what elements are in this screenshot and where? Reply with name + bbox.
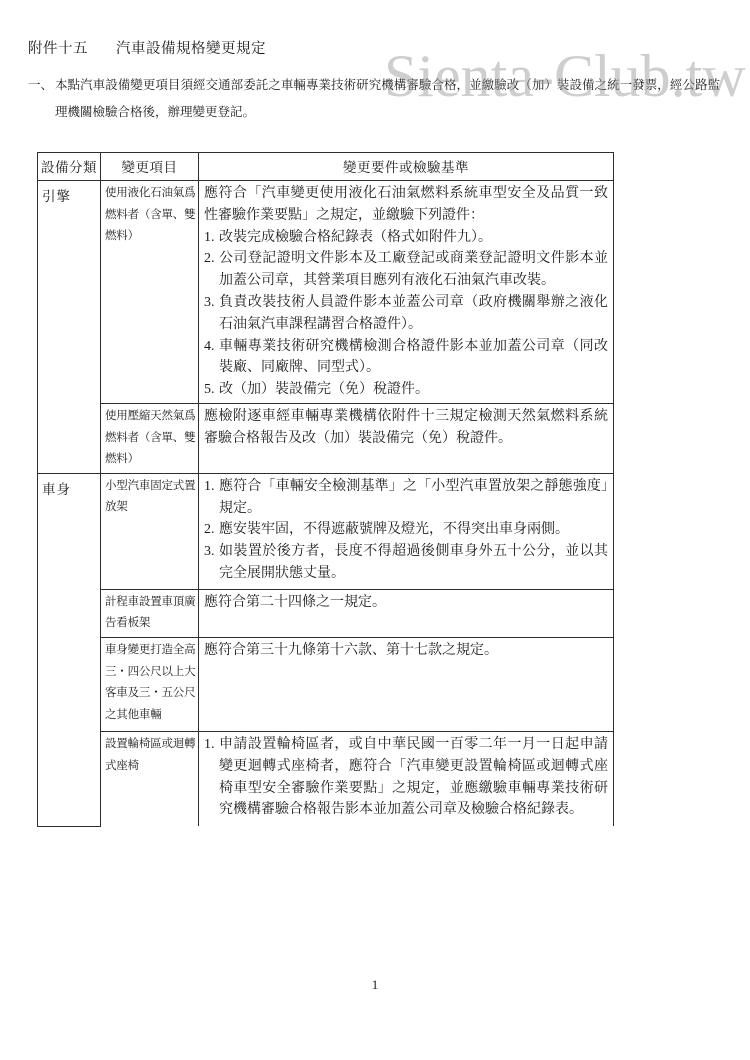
item-line: 設置輪椅區或迴轉 — [105, 734, 196, 756]
item-number: 1. — [204, 476, 215, 498]
criteria-item: 2.應安裝牢固，不得遮蔽號牌及燈光，不得突出車身兩側。 — [204, 519, 608, 541]
cell-criteria-rack: 1.應符合「車輛安全檢測基準」之「小型汽車置放架之靜態強度」規定。 2.應安裝牢… — [199, 473, 614, 589]
item-line: 車身變更打造全高 — [105, 640, 196, 662]
criteria-text: 應檢附逐車經車輛專業機構依附件十三規定檢測天然氣燃料系統審驗合格報告及改（加）裝… — [204, 406, 608, 450]
item-line: 燃料） — [105, 449, 196, 471]
criteria-item: 5.改（加）裝設備完（免）稅證件。 — [204, 379, 608, 401]
item-line: 式座椅 — [105, 756, 196, 778]
criteria-item: 1.應符合「車輛安全檢測基準」之「小型汽車置放架之靜態強度」規定。 — [204, 476, 608, 520]
item-number: 3. — [204, 541, 215, 563]
criteria-text: 應符合第二十四條之一規定。 — [204, 592, 608, 614]
table-header-row: 設備分類 變更項目 變更要件或檢驗基準 — [38, 153, 614, 181]
cell-item-cng: 使用壓縮天然氣爲 燃料者（含單、雙 燃料） — [101, 403, 199, 473]
item-line: 燃料） — [105, 226, 196, 248]
criteria-item: 2.公司登記證明文件影本及工廠登記或商業登記證明文件影本並加蓋公司章，其營業項目… — [204, 248, 608, 292]
header-change-item: 變更項目 — [101, 153, 199, 181]
attachment-label: 附件十五 — [28, 41, 88, 57]
criteria-item: 1.申請設置輪椅區者，或自中華民國一百零二年一月一日起申請變更迴轉式座椅者，應符… — [204, 734, 608, 821]
item-number: 5. — [204, 379, 215, 401]
title-text: 汽車設備規格變更規定 — [116, 41, 266, 57]
item-number: 3. — [204, 292, 215, 314]
regulations-table: 設備分類 變更項目 變更要件或檢驗基準 引擎 使用液化石油氣爲 燃料者（含單、雙… — [37, 152, 614, 827]
item-line: 客車及三・五公尺 — [105, 683, 196, 705]
list-marker: 一、 — [28, 72, 53, 99]
cell-item-height-mod: 車身變更打造全高 三・四公尺以上大 客車及三・五公尺 之其他車輛 — [101, 637, 199, 731]
intro-paragraph: 一、 本點汽車設備變更項目須經交通部委託之車輛專業技術研究機構審驗合格，並繳驗改… — [28, 72, 720, 126]
page-title: 附件十五汽車設備規格變更規定 — [28, 37, 266, 58]
criteria-text: 應符合第三十九條第十六款、第十七款之規定。 — [204, 640, 608, 662]
item-line: 使用液化石油氣爲 — [105, 183, 196, 205]
item-line: 燃料者（含單、雙 — [105, 428, 196, 450]
page-number: 1 — [0, 977, 750, 993]
item-number: 2. — [204, 519, 215, 541]
cell-category-body: 車身 — [38, 473, 101, 826]
table-row-height-mod: 車身變更打造全高 三・四公尺以上大 客車及三・五公尺 之其他車輛 應符合第三十九… — [38, 637, 614, 731]
criteria-item: 3.負責改裝技術人員證件影本並蓋公司章（政府機關舉辦之液化石油氣汽車課程講習合格… — [204, 292, 608, 336]
intro-text: 本點汽車設備變更項目須經交通部委託之車輛專業技術研究機構審驗合格，並繳驗改（加）… — [28, 72, 720, 126]
item-line: 小型汽車固定式置 — [105, 476, 196, 498]
cell-item-taxi-sign: 計程車設置車頂廣 告看板架 — [101, 589, 199, 637]
cell-item-lpg: 使用液化石油氣爲 燃料者（含單、雙 燃料） — [101, 181, 199, 404]
cell-criteria-taxi-sign: 應符合第二十四條之一規定。 — [199, 589, 614, 637]
criteria-item: 1.改裝完成檢驗合格紀錄表（格式如附件九）。 — [204, 227, 608, 249]
item-line: 放架 — [105, 497, 196, 519]
header-equipment-category: 設備分類 — [38, 153, 101, 181]
header-criteria: 變更要件或檢驗基準 — [199, 153, 614, 181]
item-line: 告看板架 — [105, 613, 196, 635]
document-page: 附件十五汽車設備規格變更規定 一、 本點汽車設備變更項目須經交通部委託之車輛專業… — [0, 0, 750, 1060]
cell-criteria-height-mod: 應符合第三十九條第十六款、第十七款之規定。 — [199, 637, 614, 731]
cell-criteria-lpg: 應符合「汽車變更使用液化石油氣燃料系統車型安全及品質一致性審驗作業要點」之規定，… — [199, 181, 614, 404]
item-line: 使用壓縮天然氣爲 — [105, 406, 196, 428]
table-row-cng: 使用壓縮天然氣爲 燃料者（含單、雙 燃料） 應檢附逐車經車輛專業機構依附件十三規… — [38, 403, 614, 473]
table-row-lpg: 引擎 使用液化石油氣爲 燃料者（含單、雙 燃料） 應符合「汽車變更使用液化石油氣… — [38, 181, 614, 404]
item-number: 1. — [204, 227, 215, 249]
criteria-item: 4.車輛專業技術研究機構檢測合格證件影本並加蓋公司章（同改裝廠、同廠牌、同型式）… — [204, 336, 608, 380]
item-number: 1. — [204, 734, 215, 756]
criteria-item: 3.如裝置於後方者，長度不得超過後側車身外五十公分，並以其完全展開狀態丈量。 — [204, 541, 608, 585]
cell-item-wheelchair: 設置輪椅區或迴轉 式座椅 — [101, 731, 199, 826]
item-line: 計程車設置車頂廣 — [105, 592, 196, 614]
item-line: 之其他車輛 — [105, 705, 196, 727]
table-row-wheelchair: 設置輪椅區或迴轉 式座椅 1.申請設置輪椅區者，或自中華民國一百零二年一月一日起… — [38, 731, 614, 826]
cell-category-engine: 引擎 — [38, 181, 101, 474]
table-row-taxi-sign: 計程車設置車頂廣 告看板架 應符合第二十四條之一規定。 — [38, 589, 614, 637]
cell-criteria-cng: 應檢附逐車經車輛專業機構依附件十三規定檢測天然氣燃料系統審驗合格報告及改（加）裝… — [199, 403, 614, 473]
item-line: 三・四公尺以上大 — [105, 662, 196, 684]
criteria-intro: 應符合「汽車變更使用液化石油氣燃料系統車型安全及品質一致性審驗作業要點」之規定，… — [204, 183, 608, 227]
item-number: 2. — [204, 248, 215, 270]
item-line: 燃料者（含單、雙 — [105, 205, 196, 227]
item-number: 4. — [204, 336, 215, 358]
cell-criteria-wheelchair: 1.申請設置輪椅區者，或自中華民國一百零二年一月一日起申請變更迴轉式座椅者，應符… — [199, 731, 614, 826]
table-row-rack: 車身 小型汽車固定式置 放架 1.應符合「車輛安全檢測基準」之「小型汽車置放架之… — [38, 473, 614, 589]
cell-item-rack: 小型汽車固定式置 放架 — [101, 473, 199, 589]
